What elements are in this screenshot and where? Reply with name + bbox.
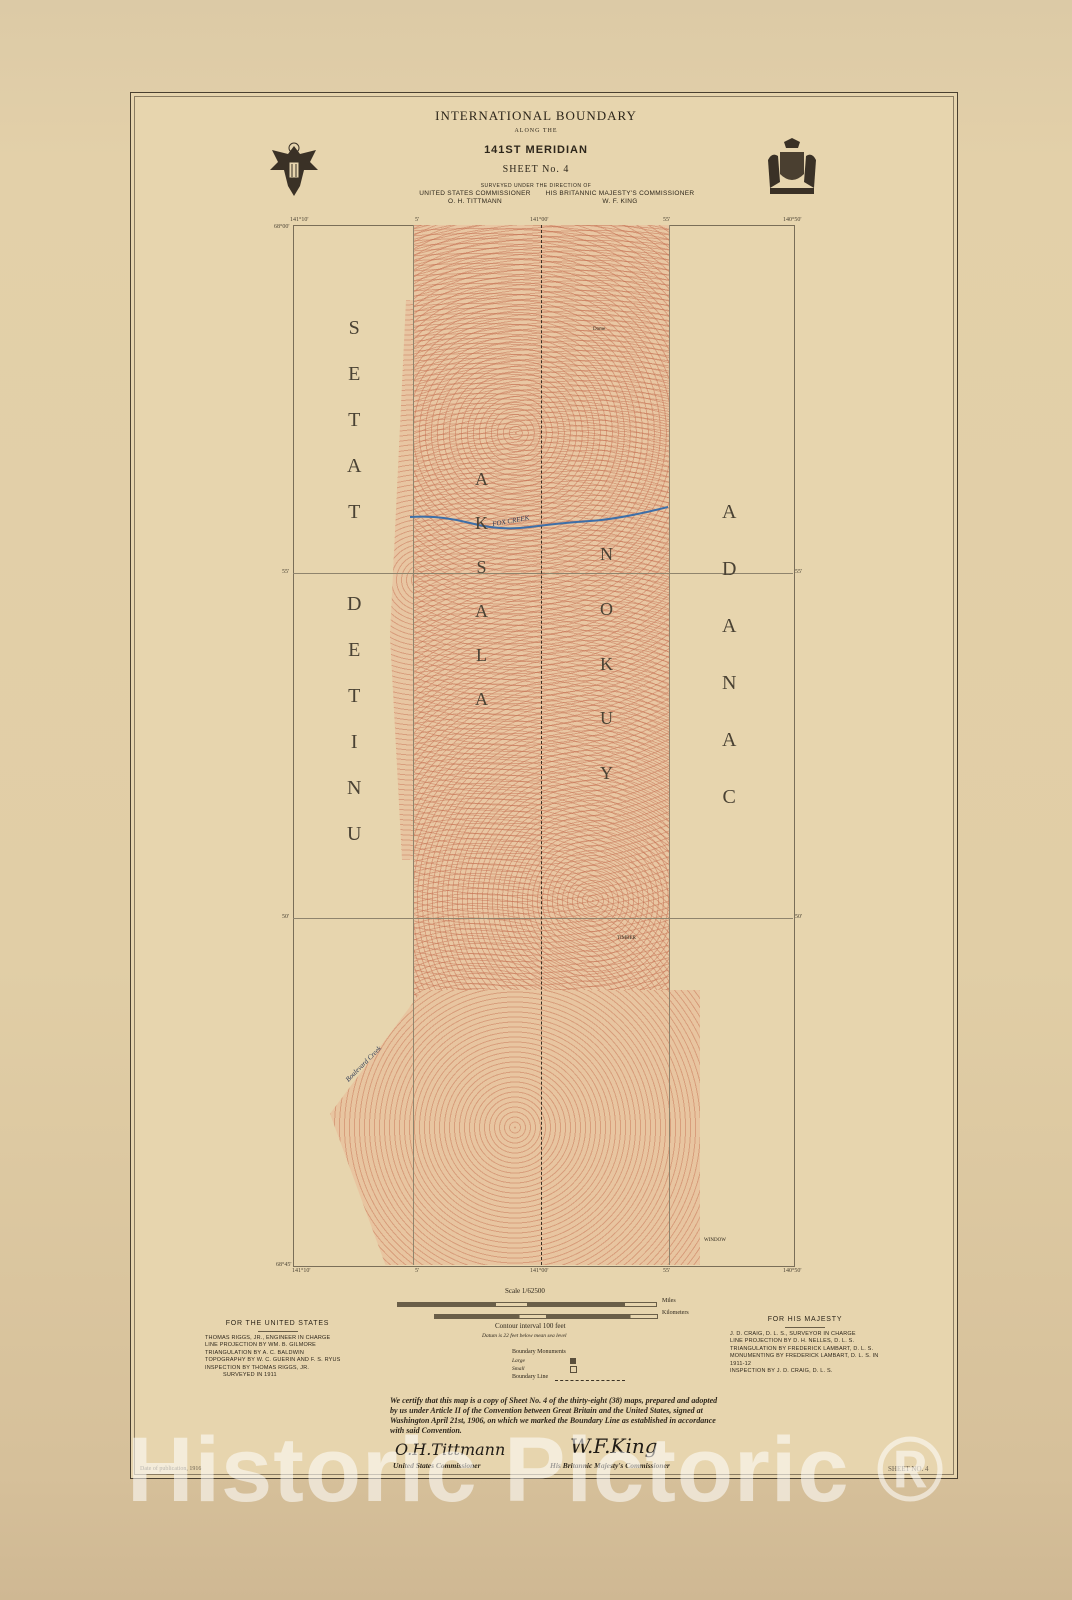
tick-bottom-left-lat: 68°45'	[276, 1262, 291, 1268]
us-eagle-seal-icon	[266, 140, 322, 202]
tick-lat-55-left: 55'	[282, 569, 289, 575]
surveyed-under: SURVEYED UNDER THE DIRECTION OF	[0, 183, 1072, 189]
tick-bottom-meridian: 141°00'	[530, 1268, 548, 1274]
us-commissioner-block: UNITED STATES COMMISSIONER O. H. TITTMAN…	[400, 190, 550, 206]
boundary-line-141	[541, 225, 542, 1265]
tick-lat-50-right: 50'	[795, 914, 802, 920]
tick-top-left-lat: 68°00'	[274, 224, 289, 230]
tick-lat-50-left: 50'	[282, 914, 289, 920]
fox-creek-river	[410, 505, 670, 535]
label-canada: ADANAC	[722, 497, 738, 839]
parallel-55-line	[293, 573, 793, 574]
tick-bottom-5: 5'	[415, 1268, 419, 1274]
scale-bar-km	[434, 1314, 658, 1319]
tick-bottom-right-lon: 140°50'	[783, 1268, 801, 1274]
monument-large-icon	[570, 1358, 576, 1364]
legend-large: Large	[512, 1358, 525, 1364]
label-alaska: AKSALA	[475, 470, 490, 734]
us-commissioner-title: UNITED STATES COMMISSIONER	[400, 190, 550, 198]
tick-bottom-55: 55'	[663, 1268, 670, 1274]
british-commissioner-title: HIS BRITANNIC MAJESTY'S COMMISSIONER	[535, 190, 705, 198]
timber-label: TIMBER	[617, 936, 636, 941]
map-subtitle-along: ALONG THE	[0, 128, 1072, 134]
credits-us-heading: FOR THE UNITED STATES	[205, 1320, 350, 1328]
credits-united-states: FOR THE UNITED STATES THOMAS RIGGS, JR.,…	[205, 1320, 350, 1380]
scale-title: Scale 1/62500	[505, 1287, 545, 1295]
tick-lat-55-right: 55'	[795, 569, 802, 575]
contour-interval: Contour interval 100 feet	[495, 1322, 566, 1330]
legend-small: Small	[512, 1366, 525, 1372]
credits-uk-heading: FOR HIS MAJESTY	[730, 1316, 880, 1324]
tick-top-right-lon: 140°50'	[783, 217, 801, 223]
tick-top-meridian: 141°00'	[530, 217, 548, 223]
label-united-states: SETAT DETINU	[347, 318, 363, 870]
label-yukon: NOKUY	[600, 540, 615, 814]
tick-top-55: 55'	[663, 217, 670, 223]
legend-monuments-title: Boundary Monuments	[512, 1349, 566, 1355]
monument-small-icon	[570, 1366, 577, 1373]
meridian-5-line	[413, 225, 414, 1265]
british-commissioner-block: HIS BRITANNIC MAJESTY'S COMMISSIONER W. …	[535, 190, 705, 206]
dome-label: Dome	[593, 327, 605, 332]
credits-his-majesty: FOR HIS MAJESTY J. D. CRAIG, D. L. S., S…	[730, 1316, 880, 1376]
us-commissioner-name: O. H. TITTMANN	[400, 198, 550, 206]
tick-top-left-lon: 141°10'	[290, 217, 308, 223]
scale-bar-miles	[397, 1302, 657, 1307]
royal-coat-of-arms-icon	[764, 138, 820, 200]
scale-km-unit: Kilometers	[662, 1310, 689, 1316]
scale-miles-unit: Miles	[662, 1298, 676, 1304]
british-commissioner-name: W. F. KING	[535, 198, 705, 206]
meridian-55-line	[669, 225, 670, 1265]
datum-note: Datum is 22 feet below mean sea level	[482, 1333, 566, 1339]
legend-boundary-line: Boundary Line	[512, 1374, 548, 1380]
window-label: WINDOW	[704, 1238, 726, 1243]
sheet-number: SHEET No. 4	[0, 164, 1072, 175]
historic-pictoric-watermark: Historic Pictoric ®	[0, 1418, 1072, 1523]
map-title: INTERNATIONAL BOUNDARY	[0, 108, 1072, 124]
tick-top-5: 5'	[415, 217, 419, 223]
parallel-50-line	[293, 918, 793, 919]
boundary-line-sample	[555, 1380, 625, 1381]
map-meridian-title: 141ST MERIDIAN	[0, 144, 1072, 156]
tick-bottom-left-lon: 141°10'	[292, 1268, 310, 1274]
